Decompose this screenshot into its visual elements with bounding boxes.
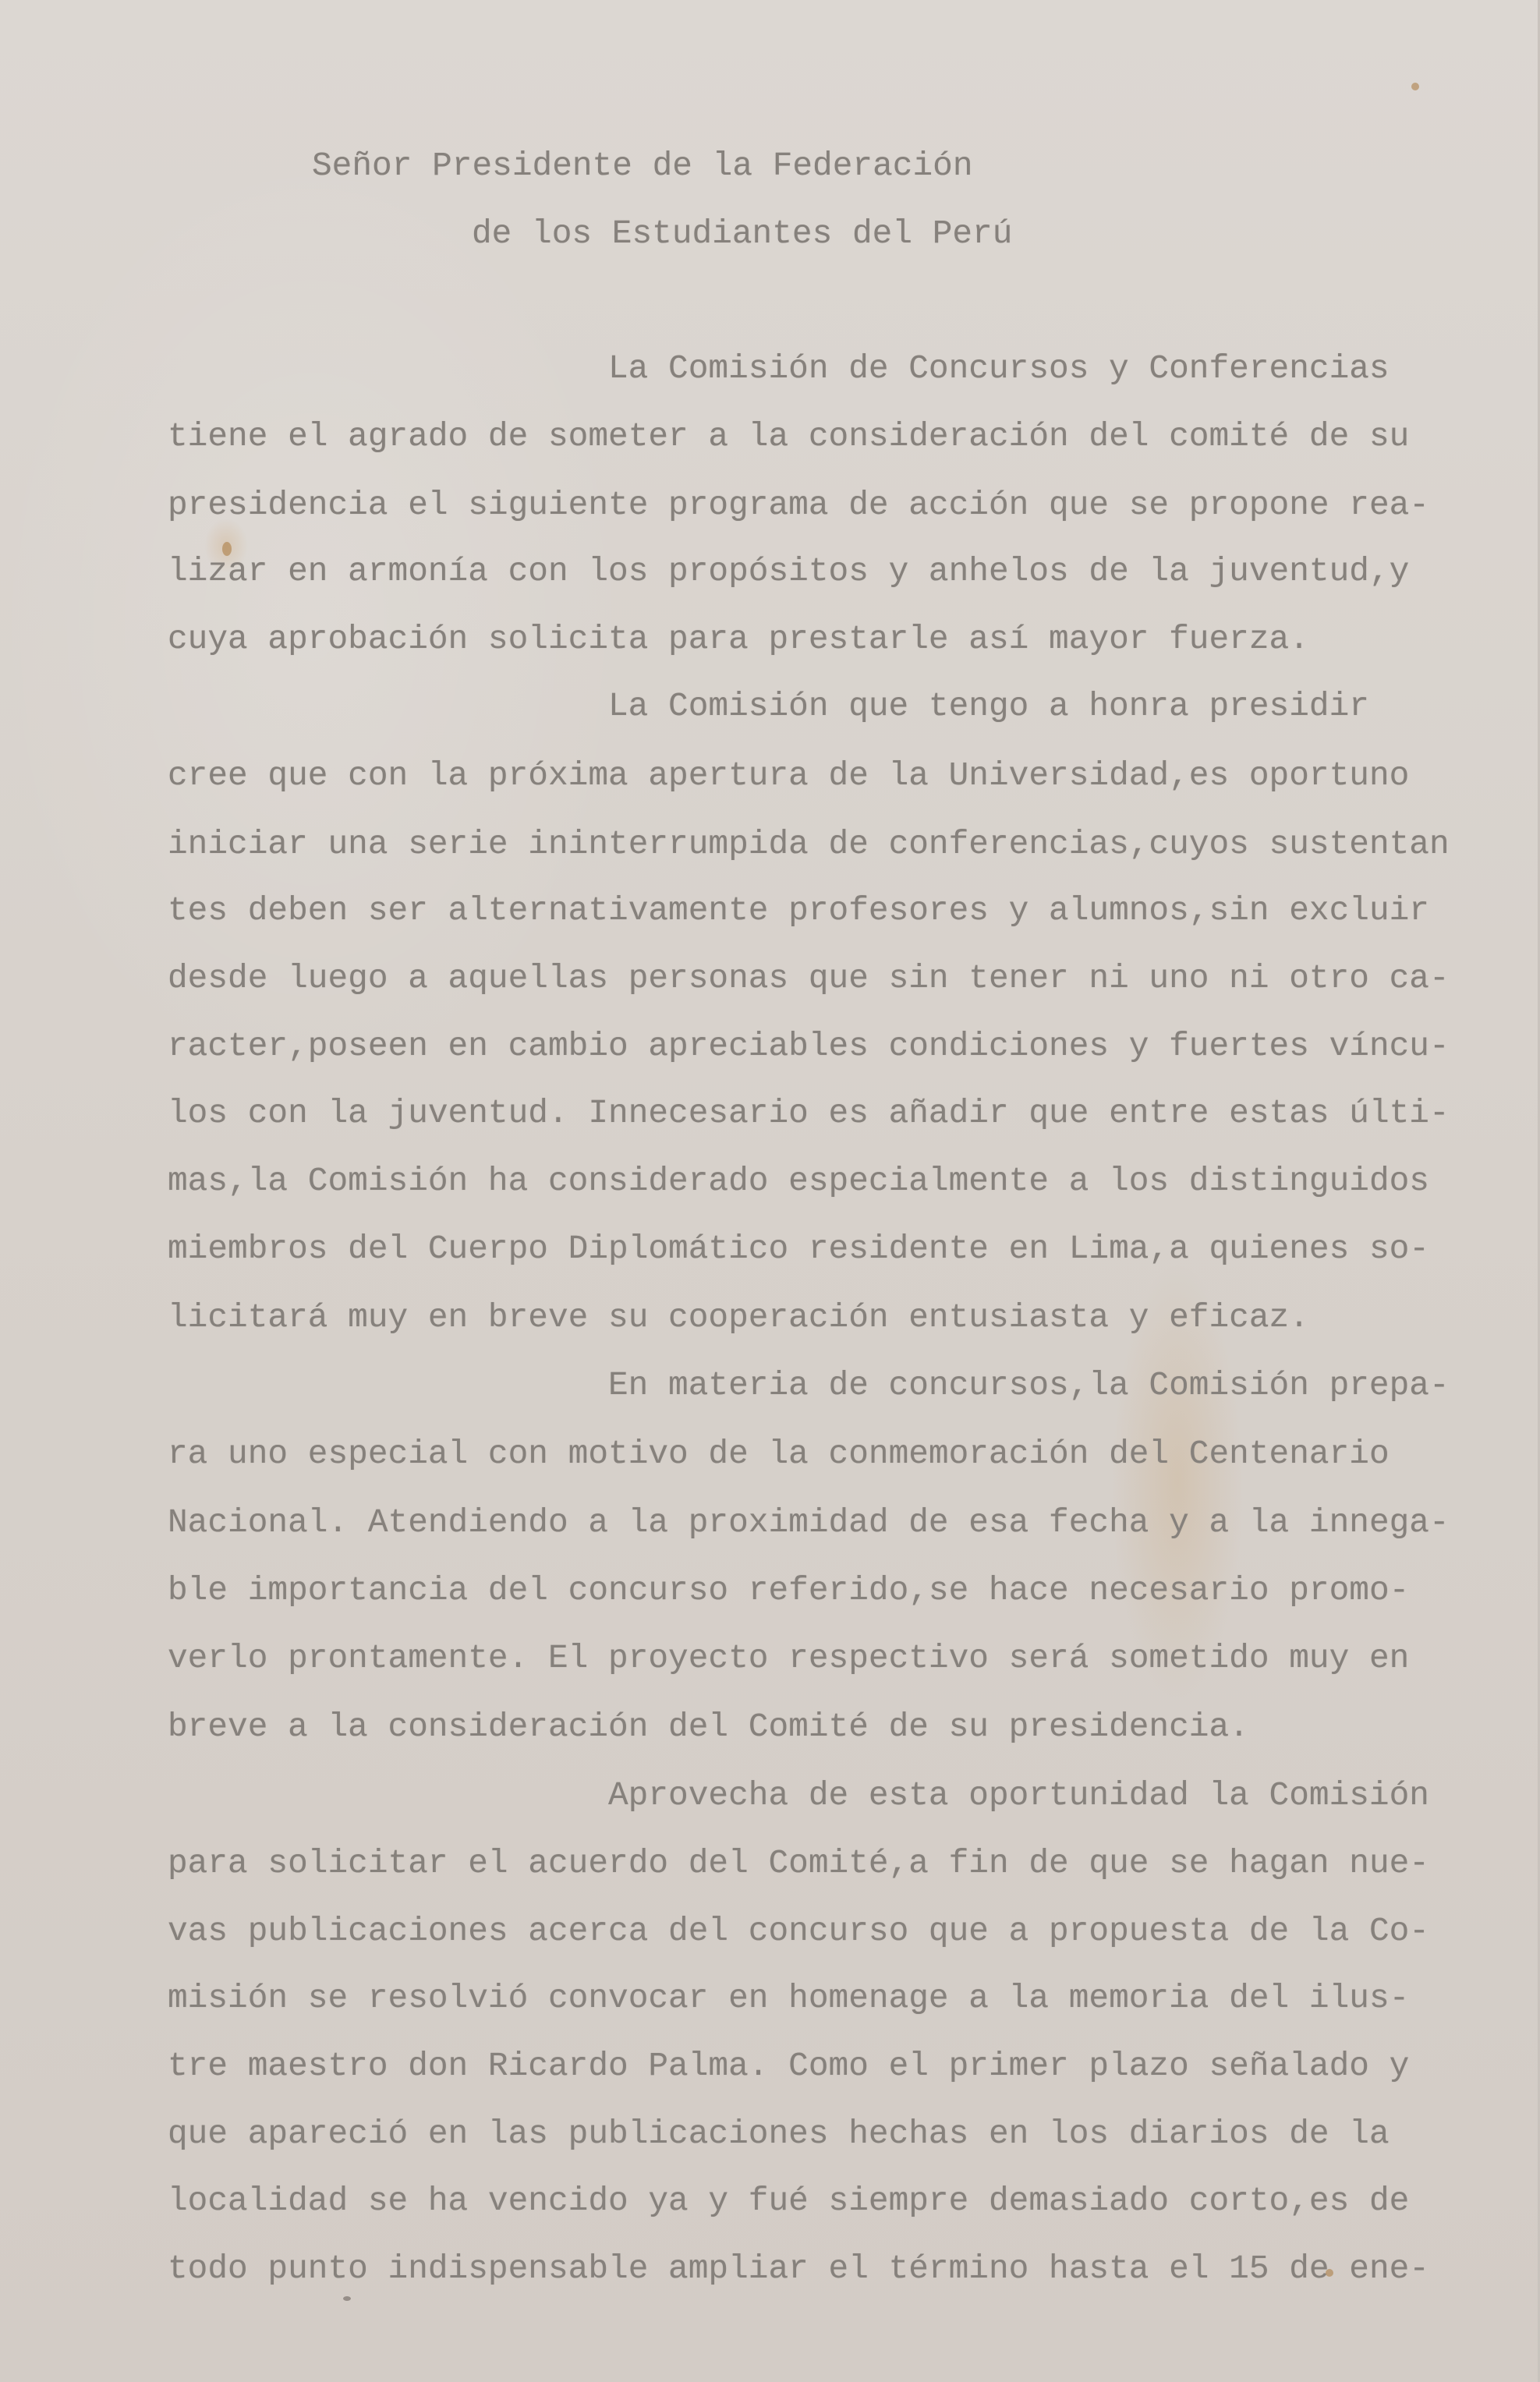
salutation-line-2: de los Estudiantes del Perú [472, 214, 1012, 253]
paragraph-1-line-4: lizar en armonía con los propósitos y an… [168, 552, 1409, 591]
paragraph-1-line-5: cuya aprobación solicita para prestarle … [168, 620, 1309, 659]
paragraph-4-line-8: todo punto indispensable ampliar el térm… [168, 2249, 1429, 2288]
paragraph-4-line-5: tre maestro don Ricardo Palma. Como el p… [168, 2047, 1409, 2086]
typewritten-page: Señor Presidente de la Federación de los… [0, 0, 1538, 2382]
paragraph-2-line-6: racter,poseen en cambio apreciables cond… [168, 1027, 1450, 1066]
paragraph-3-line-4: ble importancia del concurso referido,se… [168, 1571, 1409, 1610]
paragraph-3-line-5: verlo prontamente. El proyecto respectiv… [168, 1639, 1409, 1678]
paragraph-2-line-3: iniciar una serie ininterrumpida de conf… [168, 825, 1450, 864]
stain-speck [1411, 83, 1419, 90]
paragraph-2-line-2: cree que con la próxima apertura de la U… [168, 756, 1409, 795]
paragraph-4-line-2: para solicitar el acuerdo del Comité,a f… [168, 1844, 1429, 1883]
paragraph-2-line-7: los con la juventud. Innecesario es añad… [168, 1094, 1450, 1133]
paragraph-1-line-2: tiene el agrado de someter a la consider… [168, 417, 1409, 456]
paragraph-4-line-1: Aprovecha de esta oportunidad la Comisió… [608, 1776, 1429, 1815]
paragraph-1-line-1: La Comisión de Concursos y Conferencias [608, 349, 1390, 388]
paragraph-4-line-4: misión se resolvió convocar en homenage … [168, 1979, 1409, 2018]
paragraph-2-line-1: La Comisión que tengo a honra presidir [608, 687, 1369, 726]
paragraph-1-line-3: presidencia el siguiente programa de acc… [168, 486, 1429, 525]
paragraph-3-line-2: ra uno especial con motivo de la conmemo… [168, 1435, 1390, 1474]
paragraph-2-line-4: tes deben ser alternativamente profesore… [168, 891, 1429, 930]
paragraph-3-line-1: En materia de concursos,la Comisión prep… [608, 1366, 1450, 1405]
stain-speck [343, 2296, 351, 2301]
paragraph-2-line-5: desde luego a aquellas personas que sin … [168, 959, 1450, 998]
paragraph-2-line-9: miembros del Cuerpo Diplomático resident… [168, 1230, 1429, 1269]
paragraph-3-line-6: breve a la consideración del Comité de s… [168, 1708, 1249, 1747]
paragraph-2-line-8: mas,la Comisión ha considerado especialm… [168, 1162, 1429, 1201]
stain-speck [1326, 2269, 1333, 2277]
salutation-line-1: Señor Presidente de la Federación [312, 147, 973, 186]
paragraph-4-line-6: que apareció en las publicaciones hechas… [168, 2115, 1390, 2154]
paragraph-4-line-7: localidad se ha vencido ya y fué siempre… [168, 2182, 1409, 2221]
paragraph-2-line-10: licitará muy en breve su cooperación ent… [168, 1298, 1309, 1337]
paragraph-4-line-3: vas publicaciones acerca del concurso qu… [168, 1912, 1429, 1951]
paragraph-3-line-3: Nacional. Atendiendo a la proximidad de … [168, 1503, 1450, 1542]
stain-speck [222, 542, 232, 556]
